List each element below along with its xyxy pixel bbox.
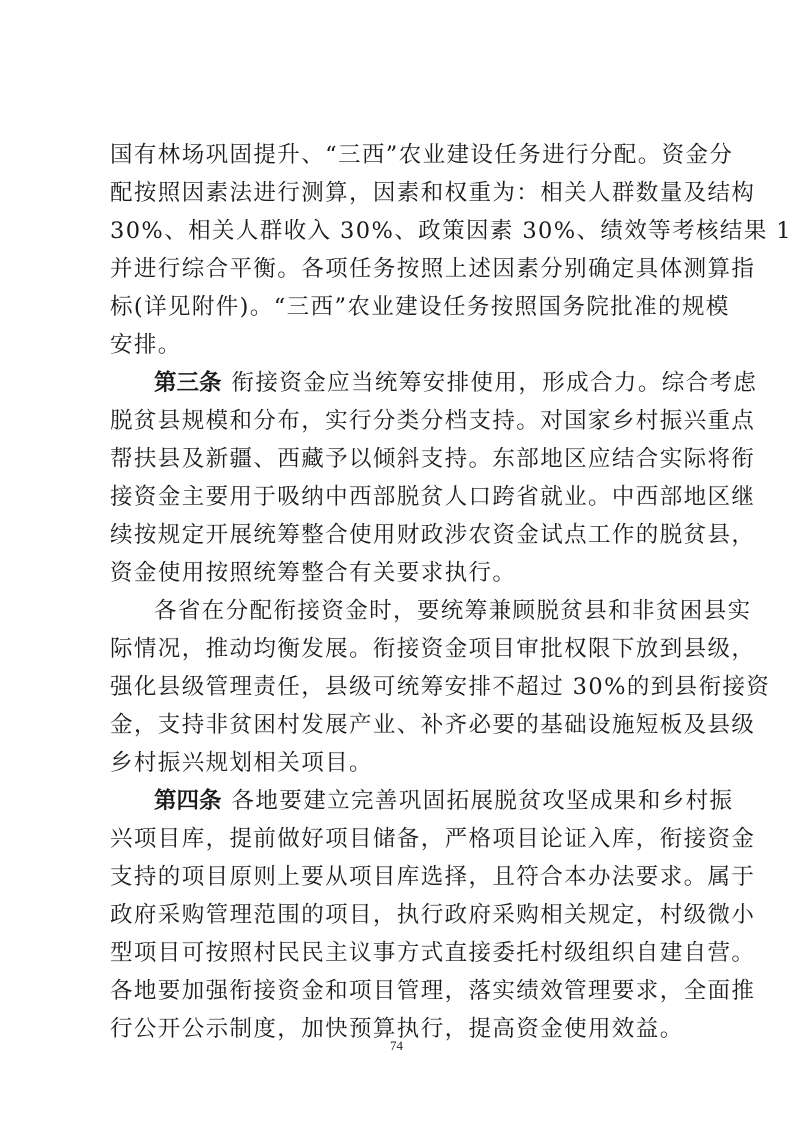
text-line: 强化县级管理责任，县级可统筹安排不超过 30%的到县衔接资 — [110, 668, 690, 706]
text-line: 配按照因素法进行测算，因素和权重为：相关人群数量及结构 — [110, 174, 690, 212]
text-line: 并进行综合平衡。各项任务按照上述因素分别确定具体测算指 — [110, 250, 690, 288]
article-3: 第三条衔接资金应当统筹安排使用，形成合力。综合考虑 脱贫县规模和分布，实行分类分… — [110, 364, 690, 592]
text-line: 兴项目库，提前做好项目储备，严格项目论证入库，衔接资金 — [110, 820, 690, 858]
article-4: 第四条各地要建立完善巩固拓展脱贫攻坚成果和乡村振 兴项目库，提前做好项目储备，严… — [110, 782, 690, 1048]
text-line: 各省在分配衔接资金时，要统筹兼顾脱贫县和非贫困县实 — [110, 592, 690, 630]
text-line: 支持的项目原则上要从项目库选择，且符合本办法要求。属于 — [110, 858, 690, 896]
article-heading: 第三条 — [154, 370, 222, 396]
text-line: 脱贫县规模和分布，实行分类分档支持。对国家乡村振兴重点 — [110, 402, 690, 440]
text-span: 各地要建立完善巩固拓展脱贫攻坚成果和乡村振 — [232, 788, 734, 814]
document-body: 国有林场巩固提升、“三西”农业建设任务进行分配。资金分 配按照因素法进行测算，因… — [110, 136, 690, 1048]
text-line: 金，支持非贫困村发展产业、补齐必要的基础设施短板及县级 — [110, 706, 690, 744]
text-line: 各地要加强衔接资金和项目管理，落实绩效管理要求，全面推 — [110, 972, 690, 1010]
text-span: 衔接资金应当统筹安排使用，形成合力。综合考虑 — [232, 370, 758, 396]
text-line: 乡村振兴规划相关项目。 — [110, 744, 690, 782]
text-line: 帮扶县及新疆、西藏予以倾斜支持。东部地区应结合实际将衔 — [110, 440, 690, 478]
text-line: 30%、相关人群收入 30%、政策因素 30%、绩效等考核结果 10%， — [110, 212, 690, 250]
text-line: 第三条衔接资金应当统筹安排使用，形成合力。综合考虑 — [110, 364, 690, 402]
page-number: 74 — [0, 1038, 793, 1054]
text-line: 资金使用按照统筹整合有关要求执行。 — [110, 554, 690, 592]
paragraph-continuation: 国有林场巩固提升、“三西”农业建设任务进行分配。资金分 配按照因素法进行测算，因… — [110, 136, 690, 364]
text-line: 续按规定开展统筹整合使用财政涉农资金试点工作的脱贫县， — [110, 516, 690, 554]
paragraph: 各省在分配衔接资金时，要统筹兼顾脱贫县和非贫困县实 际情况，推动均衡发展。衔接资… — [110, 592, 690, 782]
text-line: 安排。 — [110, 326, 690, 364]
text-line: 接资金主要用于吸纳中西部脱贫人口跨省就业。中西部地区继 — [110, 478, 690, 516]
article-heading: 第四条 — [154, 788, 222, 814]
text-line: 际情况，推动均衡发展。衔接资金项目审批权限下放到县级， — [110, 630, 690, 668]
text-line: 国有林场巩固提升、“三西”农业建设任务进行分配。资金分 — [110, 136, 690, 174]
text-line: 政府采购管理范围的项目，执行政府采购相关规定，村级微小 — [110, 896, 690, 934]
text-line: 型项目可按照村民民主议事方式直接委托村级组织自建自营。 — [110, 934, 690, 972]
text-line: 第四条各地要建立完善巩固拓展脱贫攻坚成果和乡村振 — [110, 782, 690, 820]
text-line: 标(详见附件)。“三西”农业建设任务按照国务院批准的规模 — [110, 288, 690, 326]
